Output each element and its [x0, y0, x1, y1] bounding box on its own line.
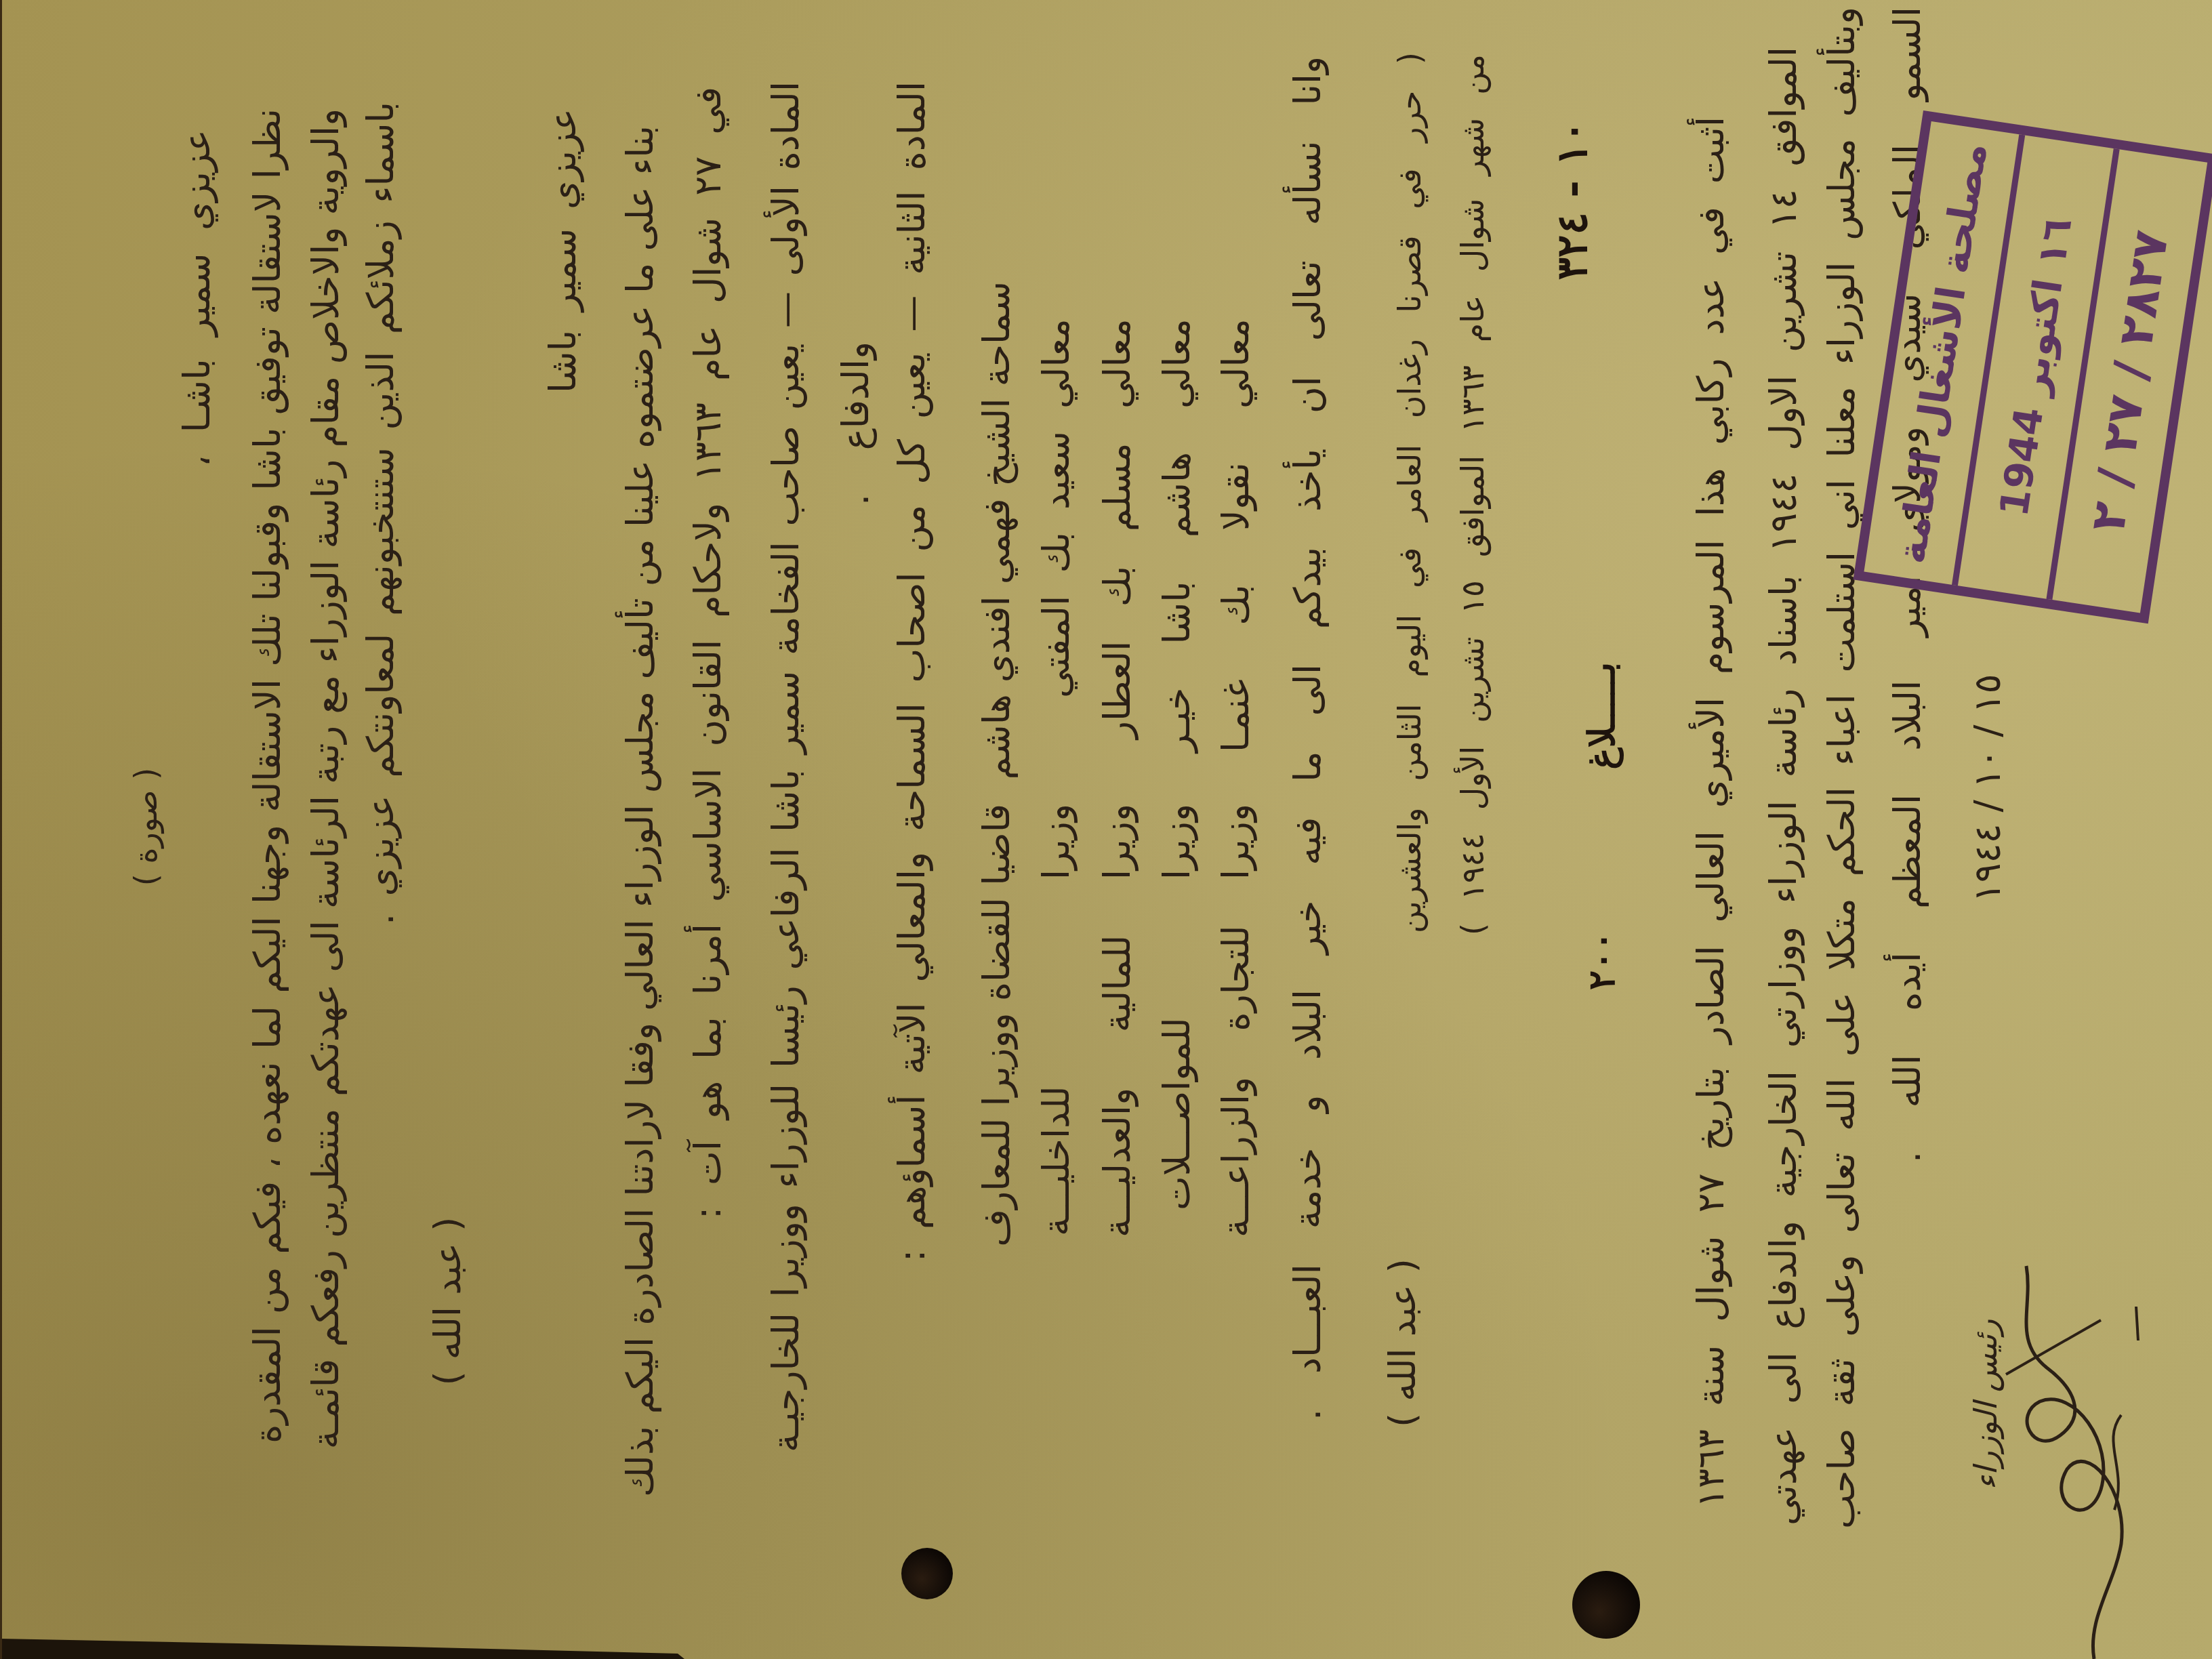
minister-row: معالي سعيد بك المفتي وزيرا للداخليـــة	[1033, 0, 1080, 1659]
proclamation-line: أثبت في عدد ركابي هذا المرسوم الأميري ال…	[1687, 117, 1735, 1508]
letter-greeting: عزيزي سمير باشـا ،	[173, 129, 221, 467]
letter-line: والروية والاخلاص مقام رئاسة الوزراء مع ر…	[302, 108, 350, 1435]
minister-row: معالي هاشم باشا خيـر وزيرا للمواصـــلات	[1153, 0, 1201, 1659]
minister-row: معالي نقولا بك غنمـا وزيرا للتجارة والزر…	[1212, 0, 1260, 1659]
document-page: ( صورة ) عزيزي سمير باشـا ، نظرا لاستقال…	[0, 0, 2212, 1659]
document-photo: ( صورة ) عزيزي سمير باشـا ، نظرا لاستقال…	[0, 0, 2212, 1659]
minister-post: وزيرا للتجارة والزراعـــة	[1212, 804, 1260, 1237]
minister-name: معالي مسلم بك العطار	[1094, 319, 1141, 739]
decree-greeting: عزيزي سمير باشا	[539, 108, 587, 393]
minister-post: وزيرا للداخليـــة	[1033, 804, 1080, 1236]
decree-dated-line: ( حرر في قصرنا رغدان العامر في اليوم الث…	[1386, 52, 1433, 933]
minister-row: سماحة الشيخ فهمي افندي هاشم قاضيا للقضاة…	[973, 0, 1021, 1659]
minister-row: معالي مسلم بك العطار وزيرا للمالية والعد…	[1094, 0, 1141, 1659]
handwritten-reference: ١٠ - ٣٢٤	[1549, 78, 1596, 323]
minister-name: معالي هاشم باشا خيـر	[1153, 319, 1201, 752]
minister-post: وزيرا للمواصـــلات	[1153, 804, 1201, 1210]
proclamation-date: ١٥ / ١٠ / ١٩٤٤	[1964, 638, 2011, 939]
minister-post: وزيرا للمالية والعدليـــة	[1094, 804, 1141, 1237]
article-1-cont: والدفاع .	[832, 342, 880, 506]
punch-hole	[1572, 1571, 1640, 1639]
minister-name: سماحة الشيخ فهمي افندي هاشم	[973, 281, 1021, 756]
punch-hole	[901, 1548, 953, 1599]
decree-closing: وانا نسأله تعالى ان يأخذ بيدكم الى ما في…	[1284, 56, 1332, 1420]
letter-line: باسماء زملائكم الذين ستنتخبونهم لمعاونتك…	[357, 102, 405, 925]
article-2: المادة الثانية — يعين كل من اصحاب السماح…	[888, 81, 936, 1262]
copy-label: ( صورة )	[122, 752, 169, 901]
signature-scribble	[1986, 1252, 2148, 1659]
notice-label: بـــــلاغ ٢٠٠	[1578, 662, 1625, 990]
decree-preamble-line: بناء على ما عرضتموه علينا من تأليف مجلس …	[617, 125, 664, 1435]
minister-name: معالي سعيد بك المفتي	[1033, 319, 1080, 698]
article-1: المادة الأولى — يعين صاحب الفخامة سمير ب…	[762, 81, 810, 1452]
letter-signature: ( عبد الله )	[424, 1206, 472, 1396]
decree-preamble-line: في ٢٧ شوال عام ١٣٦٣ ولاحكام القانون الاس…	[684, 87, 732, 1219]
proclamation-line: الموافق ١٤ تشرين الاول ١٩٤٤ باسناد رئاسة…	[1760, 47, 1807, 1525]
minister-name: معالي نقولا بك غنمـا	[1212, 319, 1260, 752]
decree-signature: ( عبد الله )	[1379, 1256, 1427, 1430]
proclamation-line: وبتأليف مجلس الوزراء معلنا اني استلمت اع…	[1818, 7, 1866, 1529]
decree-dated-line: من شهر شوال عام ١٣٦٣ الموافق ١٥ تشرين ال…	[1449, 54, 1496, 935]
minister-post: قاضيا للقضاة ووزيرا للمعارف	[973, 804, 1021, 1227]
letter-line: نظرا لاستقالة توفيق باشا وقبولنا تلك الا…	[244, 108, 291, 1443]
